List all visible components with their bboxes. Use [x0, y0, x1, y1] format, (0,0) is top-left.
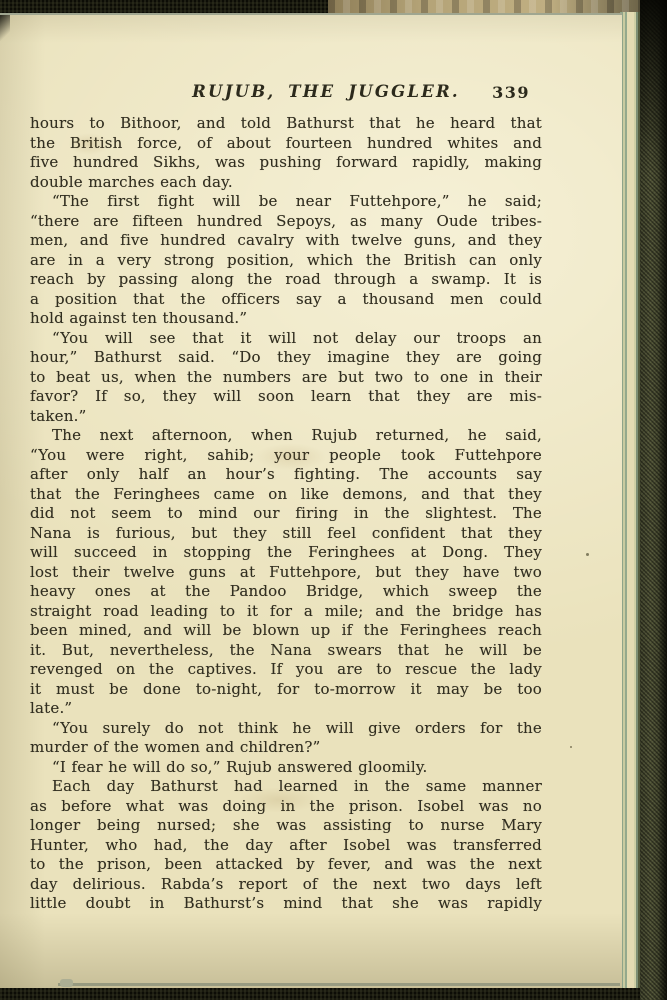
text-line: Hunter, who had, the day after Isobel wa…: [30, 836, 542, 856]
text-line: favor? If so, they will soon learn that …: [30, 387, 542, 407]
text-line: Each day Bathurst had learned in the sam…: [30, 777, 542, 797]
text-line: five hundred Sikhs, was pushing forward …: [30, 153, 542, 173]
text-line: heavy ones at the Pandoo Bridge, which s…: [30, 582, 542, 602]
text-line: that the Feringhees came on like demons,…: [30, 485, 542, 505]
text-line: murder of the women and children?”: [30, 738, 542, 758]
paragraph: The next afternoon, when Rujub returned,…: [30, 426, 542, 719]
book-cover-cloth: [640, 0, 667, 1000]
top-left-corner-shadow: [0, 15, 10, 41]
text-line: hold against ten thousand.”: [30, 309, 542, 329]
paragraph: “The first fight will be near Futtehpore…: [30, 192, 542, 329]
text-line: “The first fight will be near Futtehpore…: [30, 192, 542, 212]
book-top-page-edges: [328, 0, 642, 13]
dust-speck: [586, 553, 589, 556]
page-fore-edges: [620, 12, 640, 988]
text-line: to the prison, been attacked by fever, a…: [30, 855, 542, 875]
text-line: hour,” Bathurst said. “Do they imagine t…: [30, 348, 542, 368]
text-line: “I fear he will do so,” Rujub answered g…: [30, 758, 542, 778]
paragraph: hours to Bithoor, and told Bathurst that…: [30, 114, 542, 192]
text-line: “there are fifteen hundred Sepoys, as ma…: [30, 212, 542, 232]
text-line: it must be done to-night, for to-morrow …: [30, 680, 542, 700]
text-line: been mined, and will be blown up if the …: [30, 621, 542, 641]
book-page: RUJUB, THE JUGGLER. 339 hours to Bithoor…: [0, 13, 622, 988]
text-line: The next afternoon, when Rujub returned,…: [30, 426, 542, 446]
text-line: will succeed in stopping the Feringhees …: [30, 543, 542, 563]
body-text-block: hours to Bithoor, and told Bathurst that…: [30, 114, 542, 914]
paragraph: “I fear he will do so,” Rujub answered g…: [30, 758, 542, 778]
text-line: “You will see that it will not delay our…: [30, 329, 542, 349]
text-line: Nana is furious, but they still feel con…: [30, 524, 542, 544]
paragraph: “You surely do not think he will give or…: [30, 719, 542, 758]
text-line: taken.”: [30, 407, 542, 427]
text-line: “You surely do not think he will give or…: [30, 719, 542, 739]
page-header: RUJUB, THE JUGGLER. 339: [30, 82, 542, 104]
text-line: little doubt in Bathurst’s mind that she…: [30, 894, 542, 914]
text-line: the British force, of about fourteen hun…: [30, 134, 542, 154]
text-line: as before what was doing in the prison. …: [30, 797, 542, 817]
running-title: RUJUB, THE JUGGLER.: [192, 82, 460, 101]
text-line: day delirious. Rabda’s report of the nex…: [30, 875, 542, 895]
book-scan-photo: RUJUB, THE JUGGLER. 339 hours to Bithoor…: [0, 0, 667, 1000]
paragraph: Each day Bathurst had learned in the sam…: [30, 777, 542, 914]
paragraph: “You will see that it will not delay our…: [30, 329, 542, 427]
text-line: after only half an hour’s fighting. The …: [30, 465, 542, 485]
text-line: late.”: [30, 699, 542, 719]
text-line: reach by passing along the road through …: [30, 270, 542, 290]
dust-speck: [570, 746, 572, 748]
text-line: double marches each day.: [30, 173, 542, 193]
text-line: a position that the officers say a thous…: [30, 290, 542, 310]
text-line: men, and five hundred cavalry with twelv…: [30, 231, 542, 251]
text-line: lost their twelve guns at Futtehpore, bu…: [30, 563, 542, 583]
text-line: hours to Bithoor, and told Bathurst that…: [30, 114, 542, 134]
text-line: straight road leading to it for a mile; …: [30, 602, 542, 622]
text-line: did not seem to mind our firing in the s…: [30, 504, 542, 524]
page-number: 339: [492, 83, 530, 102]
text-line: are in a very strong position, which the…: [30, 251, 542, 271]
text-line: “You were right, sahib; your people took…: [30, 446, 542, 466]
text-line: it. But, nevertheless, the Nana swears t…: [30, 641, 542, 661]
page-bottom-edge-highlight: [58, 983, 620, 986]
text-line: longer being nursed; she was assisting t…: [30, 816, 542, 836]
text-line: to beat us, when the numbers are but two…: [30, 368, 542, 388]
text-line: revenged on the captives. If you are to …: [30, 660, 542, 680]
